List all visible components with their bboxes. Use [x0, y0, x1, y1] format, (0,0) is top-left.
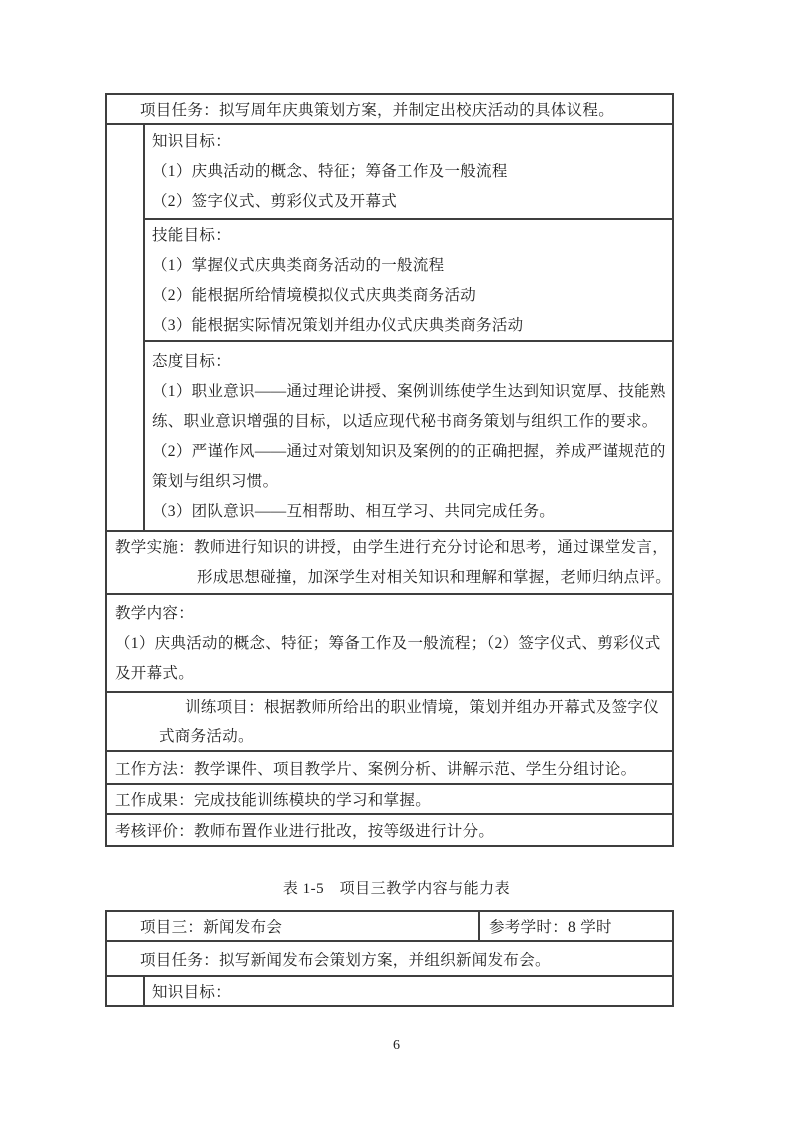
- project3-knowledge-title: 知识目标：: [152, 980, 231, 1002]
- knowledge-goal-item-2: （2）签字仪式、剪彩仪式及开幕式: [152, 187, 672, 217]
- knowledge-goal-cell: 知识目标： （1）庆典活动的概念、特征；筹备工作及一般流程 （2）签字仪式、剪彩…: [145, 125, 672, 218]
- teaching-content-title: 教学内容：: [115, 599, 672, 629]
- project3-ability-table: 项目三：新闻发布会 参考学时：8 学时 项目任务：拟写新闻发布会策划方案，并组织…: [105, 910, 674, 1007]
- goals-section: 知识目标： （1）庆典活动的概念、特征；筹备工作及一般流程 （2）签字仪式、剪彩…: [107, 123, 672, 530]
- attitude-goal-item-1b: 练、职业意识增强的目标，以适应现代秘书商务策划与组织工作的要求。: [152, 407, 672, 437]
- assessment-row: 考核评价：教师布置作业进行批改，按等级进行计分。: [107, 813, 672, 845]
- page-number: 6: [0, 1038, 793, 1054]
- work-method-text: 工作方法：教学课件、项目教学片、案例分析、讲解示范、学生分组讨论。: [115, 757, 636, 779]
- project2-ability-table: 项目任务：拟写周年庆典策划方案，并制定出校庆活动的具体议程。 知识目标： （1）…: [105, 93, 674, 847]
- skill-goal-item-2: （2）能根据所给情境模拟仪式庆典类商务活动: [152, 281, 672, 311]
- attitude-goal-item-3: （3）团队意识——互相帮助、相互学习、共同完成任务。: [152, 497, 672, 527]
- reference-hours-text: 参考学时：8 学时: [489, 915, 612, 937]
- attitude-goal-item-2a: （2）严谨作风——通过对策划知识及案例的的正确把握，养成严谨规范的: [152, 437, 672, 467]
- attitude-goal-item-1a: （1）职业意识——通过理论讲授、案例训练使学生达到知识宽厚、技能熟: [152, 377, 672, 407]
- attitude-goal-item-2b: 策划与组织习惯。: [152, 467, 672, 497]
- skill-goal-title: 技能目标：: [152, 221, 672, 251]
- attitude-goal-cell: 态度目标： （1）职业意识——通过理论讲授、案例训练使学生达到知识宽厚、技能熟 …: [145, 340, 672, 530]
- project3-title-text: 项目三：新闻发布会: [140, 915, 282, 937]
- training-project-line-1: 训练项目：根据教师所给出的职业情境，策划并组办开幕式及签字仪: [107, 693, 672, 722]
- knowledge-goal-title: 知识目标：: [152, 127, 672, 157]
- project3-title-cell: 项目三：新闻发布会: [107, 912, 480, 940]
- teaching-content-line-2: 及开幕式。: [115, 659, 672, 689]
- work-result-text: 工作成果：完成技能训练模块的学习和掌握。: [115, 788, 431, 810]
- project-task-row: 项目任务：拟写周年庆典策划方案，并制定出校庆活动的具体议程。: [107, 95, 672, 123]
- goals-column: 知识目标： （1）庆典活动的概念、特征；筹备工作及一般流程 （2）签字仪式、剪彩…: [145, 125, 672, 530]
- reference-hours-cell: 参考学时：8 学时: [480, 912, 672, 940]
- teaching-implementation-line-1: 教学实施：教师进行知识的讲授，由学生进行充分讨论和思考，通过课堂发言，: [115, 533, 672, 563]
- knowledge-goal-item-1: （1）庆典活动的概念、特征；筹备工作及一般流程: [152, 157, 672, 187]
- project-task-text: 项目任务：拟写周年庆典策划方案，并制定出校庆活动的具体议程。: [140, 98, 614, 120]
- attitude-goal-title: 态度目标：: [152, 347, 672, 377]
- teaching-content-line-1: （1）庆典活动的概念、特征；筹备工作及一般流程；（2）签字仪式、剪彩仪式: [115, 629, 672, 659]
- goals-stub-cell: [107, 125, 145, 530]
- project3-task-text: 项目任务：拟写新闻发布会策划方案，并组织新闻发布会。: [140, 948, 551, 970]
- training-project-line-2: 式商务活动。: [107, 722, 672, 751]
- skill-goal-item-3: （3）能根据实际情况策划并组办仪式庆典类商务活动: [152, 311, 672, 341]
- training-project-row: 训练项目：根据教师所给出的职业情境，策划并组办开幕式及签字仪 式商务活动。: [107, 691, 672, 750]
- skill-goal-cell: 技能目标： （1）掌握仪式庆典类商务活动的一般流程 （2）能根据所给情境模拟仪式…: [145, 218, 672, 340]
- teaching-content-row: 教学内容： （1）庆典活动的概念、特征；筹备工作及一般流程；（2）签字仪式、剪彩…: [107, 593, 672, 691]
- teaching-implementation-line-2: 形成思想碰撞，加深学生对相关知识和理解和掌握，老师归纳点评。: [115, 563, 672, 593]
- project3-task-row: 项目任务：拟写新闻发布会策划方案，并组织新闻发布会。: [107, 940, 672, 975]
- work-result-row: 工作成果：完成技能训练模块的学习和掌握。: [107, 783, 672, 813]
- assessment-text: 考核评价：教师布置作业进行批改，按等级进行计分。: [115, 819, 494, 841]
- project3-knowledge-stub-cell: [107, 977, 145, 1005]
- project3-knowledge-cell: 知识目标：: [145, 977, 672, 1005]
- skill-goal-item-1: （1）掌握仪式庆典类商务活动的一般流程: [152, 251, 672, 281]
- work-method-row: 工作方法：教学课件、项目教学片、案例分析、讲解示范、学生分组讨论。: [107, 750, 672, 783]
- project3-knowledge-row: 知识目标：: [107, 975, 672, 1005]
- teaching-implementation-row: 教学实施：教师进行知识的讲授，由学生进行充分讨论和思考，通过课堂发言， 形成思想…: [107, 530, 672, 593]
- project3-header-row: 项目三：新闻发布会 参考学时：8 学时: [107, 912, 672, 940]
- table-caption: 表 1-5 项目三教学内容与能力表: [0, 877, 793, 898]
